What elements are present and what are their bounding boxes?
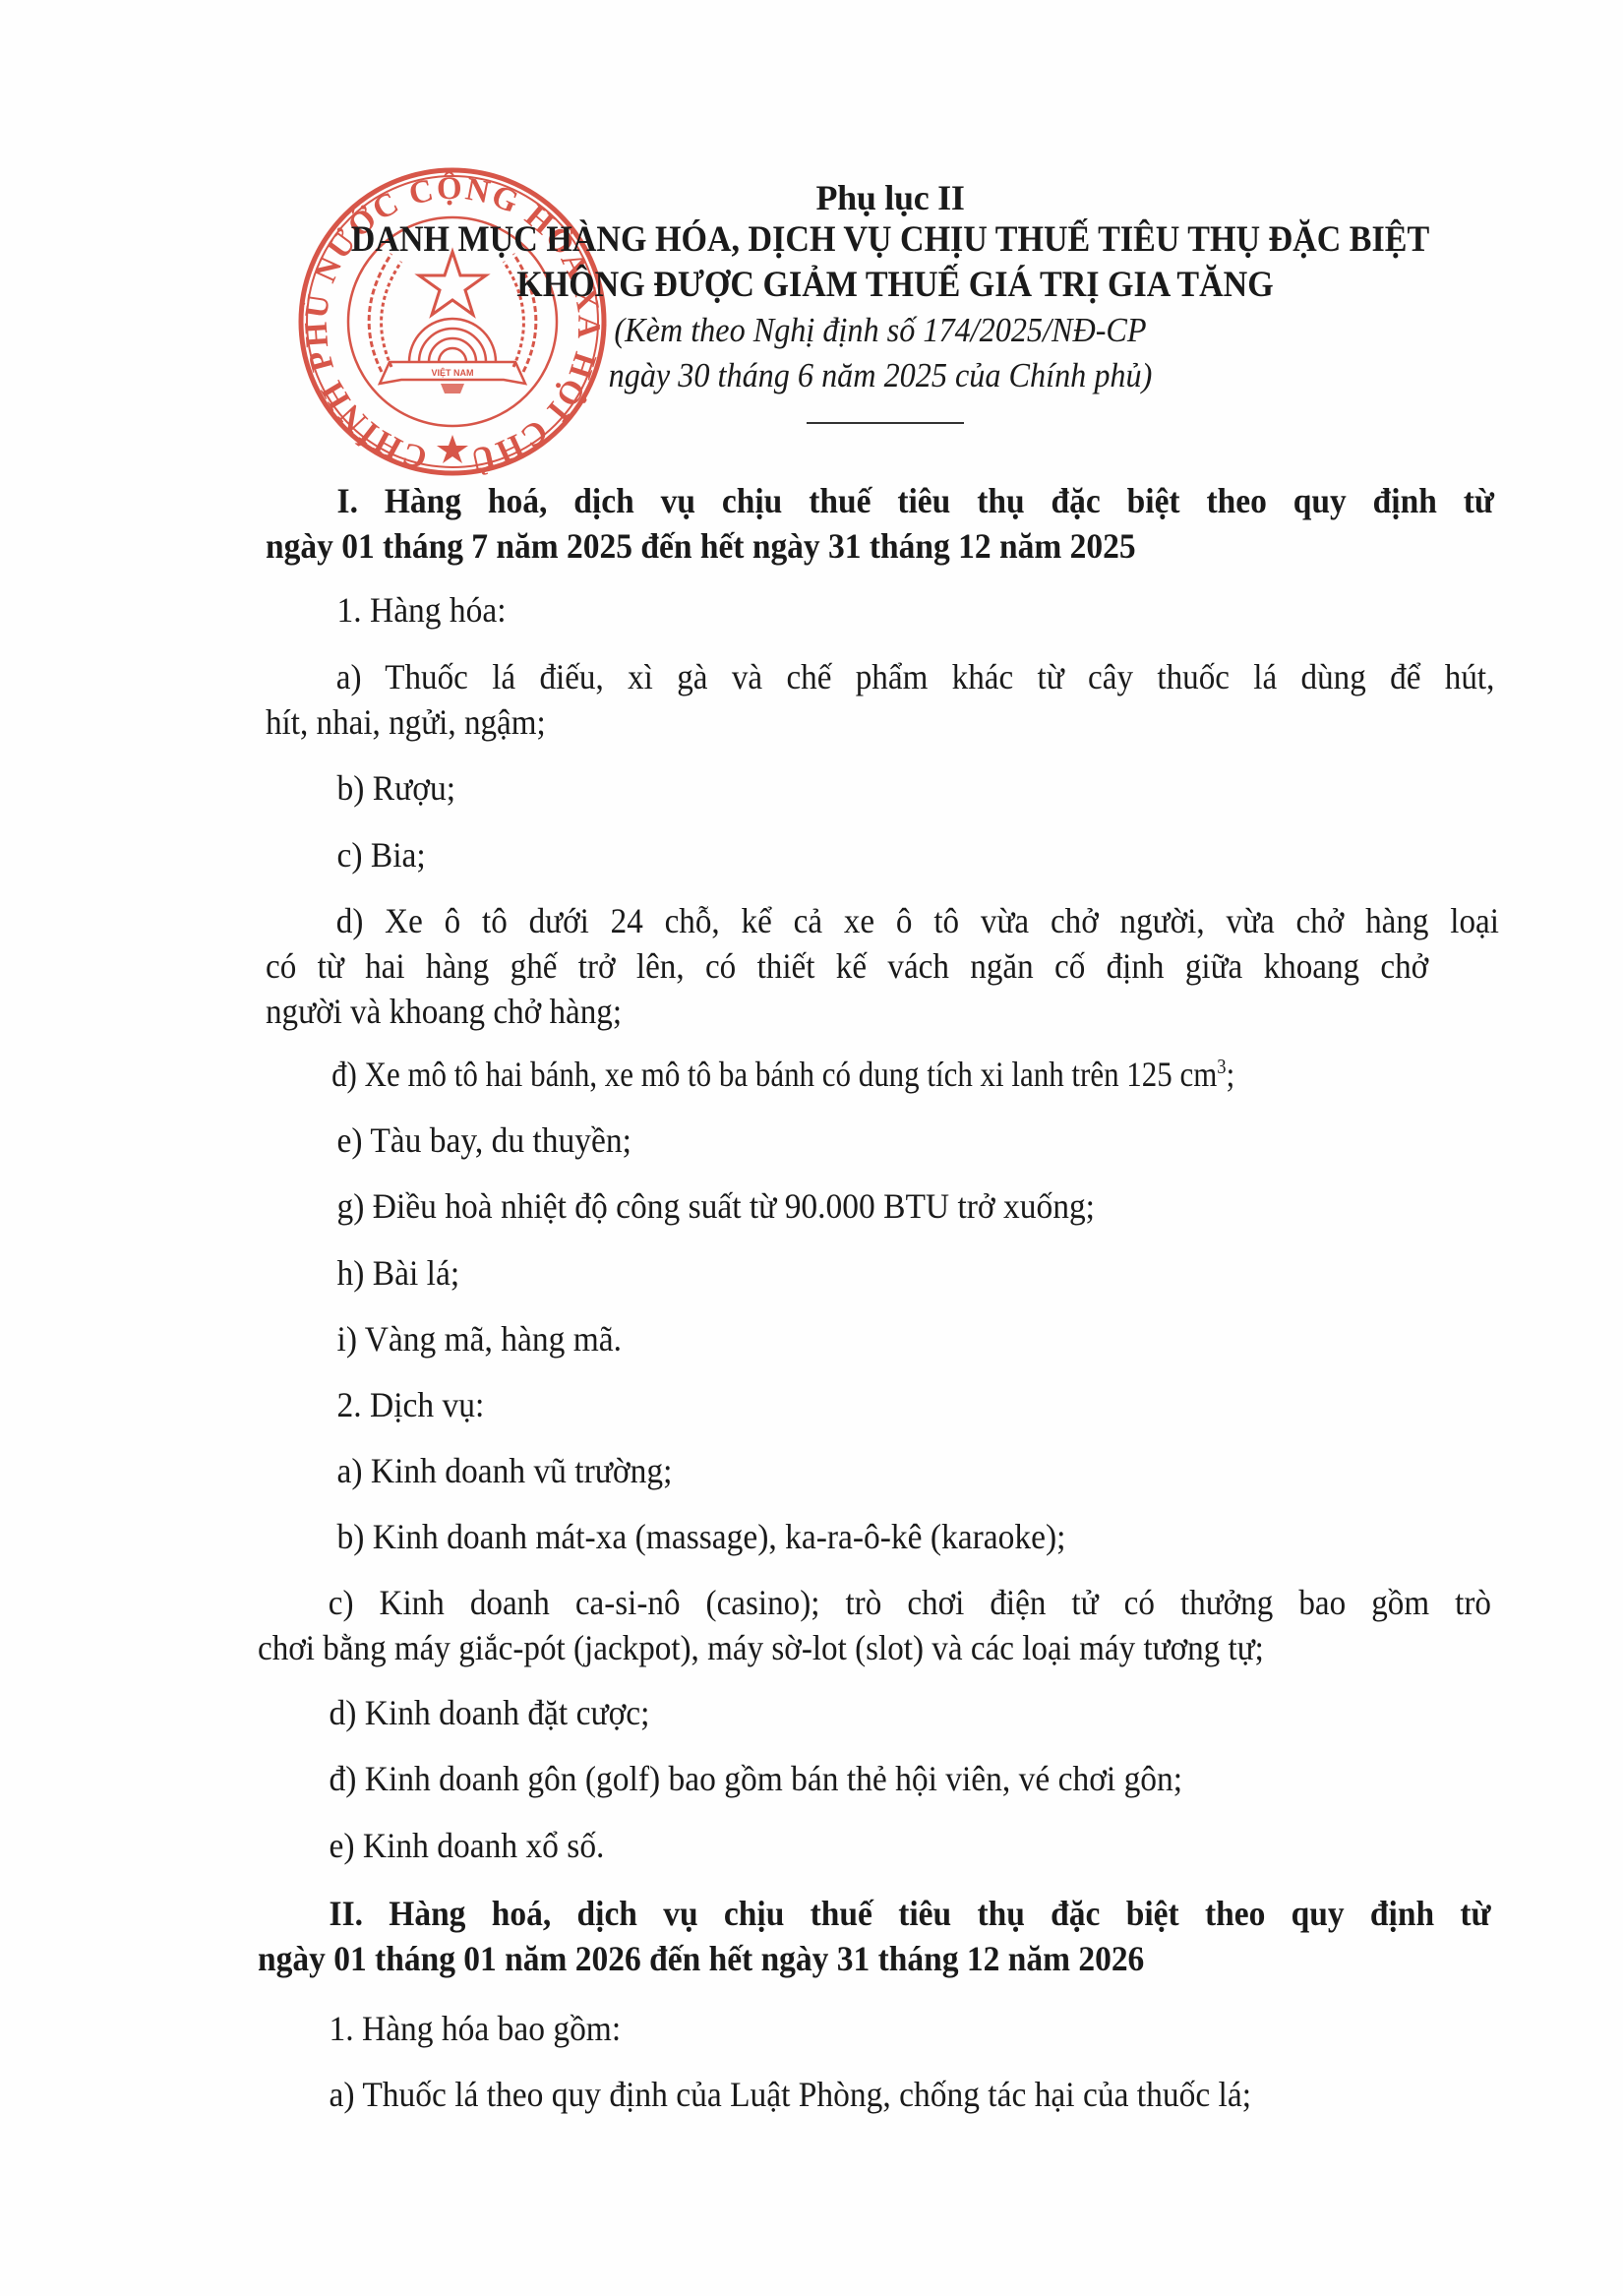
list-item: c) Bia;: [266, 832, 1480, 877]
document-title-line-1: DANH MỤC HÀNG HÓA, DỊCH VỤ CHỊU THUẾ TIÊ…: [325, 218, 1456, 261]
document-title-line-2: KHÔNG ĐƯỢC GIẢM THUẾ GIÁ TRỊ GIA TĂNG: [330, 264, 1461, 306]
appendix-label: Phụ lục II: [275, 177, 1505, 218]
list-item: c) Kinh doanh ca-si-nô (casino); trò chơ…: [258, 1580, 1389, 1670]
list-item: đ) Kinh doanh gôn (golf) bao gồm bán thẻ…: [258, 1756, 1473, 1801]
group-label: 1. Hàng hóa:: [266, 587, 1480, 633]
list-item: i) Vàng mã, hàng mã.: [266, 1316, 1480, 1361]
document-page: CHÍNH PHỦ NƯỚC CỘNG HÒA XÃ HỘI CHỦ NGHĨA…: [0, 0, 1623, 2296]
group-label: 1. Hàng hóa bao gồm:: [258, 2006, 1473, 2051]
list-item: a) Thuốc lá theo quy định của Luật Phòng…: [258, 2072, 1473, 2117]
list-item: d) Kinh doanh đặt cược;: [258, 1690, 1473, 1735]
section-heading-line: II. Hàng hoá, dịch vụ chịu thuế tiêu thụ…: [258, 1891, 1491, 1936]
list-item: a) Thuốc lá điếu, xì gà và chế phẩm khác…: [266, 654, 1397, 745]
document-subtitle-line-2: ngày 30 tháng 6 năm 2025 của Chính phủ): [315, 356, 1446, 395]
section-heading-line: ngày 01 tháng 7 năm 2025 đến hết ngày 31…: [266, 523, 1410, 569]
header-divider: [807, 422, 964, 424]
group-label: 2. Dịch vụ:: [266, 1382, 1480, 1427]
list-item: a) Kinh doanh vũ trường;: [266, 1448, 1480, 1493]
section-heading: I. Hàng hoá, dịch vụ chịu thuế tiêu thụ …: [266, 478, 1410, 569]
list-item: đ) Xe mô tô hai bánh, xe mô tô ba bánh c…: [266, 1052, 1389, 1097]
section-heading-line: I. Hàng hoá, dịch vụ chịu thuế tiêu thụ …: [266, 478, 1494, 523]
list-item: b) Rượu;: [266, 765, 1480, 811]
section-heading: II. Hàng hoá, dịch vụ chịu thuế tiêu thụ…: [258, 1891, 1402, 1981]
list-item: d) Xe ô tô dưới 24 chỗ, kể cả xe ô tô vừ…: [266, 898, 1397, 1034]
section-heading-line: ngày 01 tháng 01 năm 2026 đến hết ngày 3…: [258, 1936, 1402, 1981]
list-item: h) Bài lá;: [266, 1250, 1480, 1296]
list-item: e) Tàu bay, du thuyền;: [266, 1118, 1480, 1163]
list-item: e) Kinh doanh xổ số.: [258, 1823, 1473, 1868]
list-item: b) Kinh doanh mát-xa (massage), ka-ra-ô-…: [266, 1514, 1480, 1559]
list-item: g) Điều hoà nhiệt độ công suất từ 90.000…: [266, 1183, 1480, 1229]
document-subtitle-line-1: (Kèm theo Nghị định số 174/2025/NĐ-CP: [315, 311, 1446, 350]
